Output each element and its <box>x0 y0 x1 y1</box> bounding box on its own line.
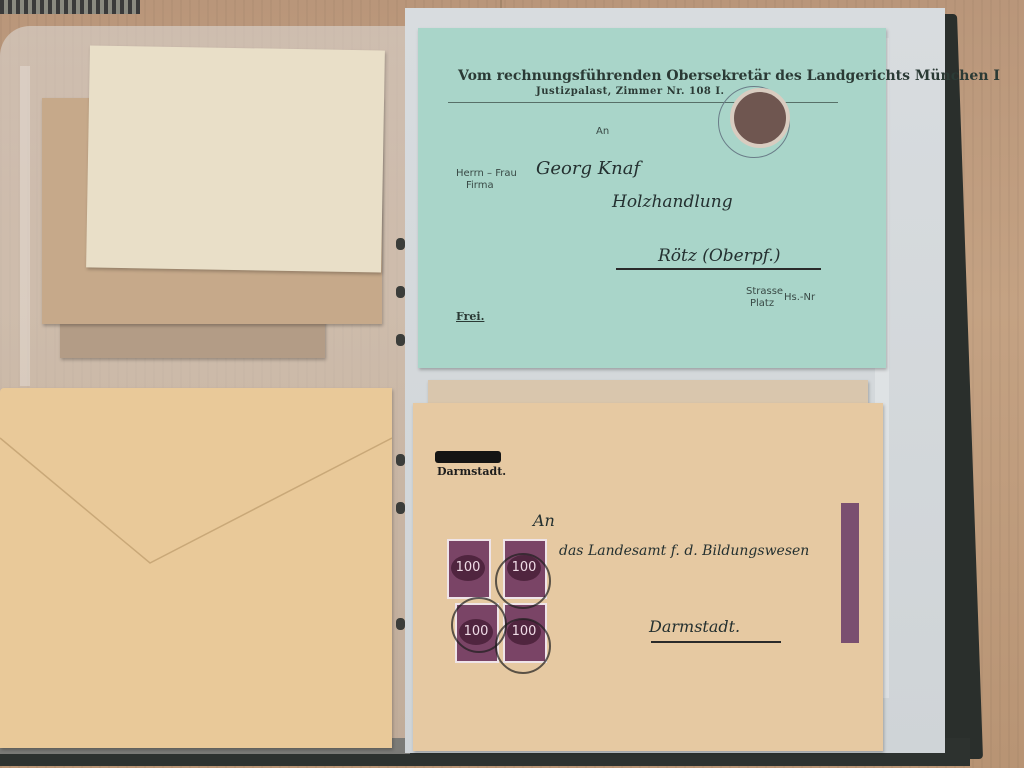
platz-label: Platz <box>750 298 774 309</box>
recipient-line2: Holzhandlung <box>612 192 733 212</box>
censor-bar <box>435 451 501 463</box>
city-underline <box>616 268 821 270</box>
recipient-name: Georg Knaf <box>536 158 640 179</box>
stamp-album: Vom rechnungsführenden Obersekretär des … <box>0 8 975 760</box>
city-underline <box>651 641 781 643</box>
an-label: An <box>533 511 555 530</box>
envelope-header: Vom rechnungsführenden Obersekretär des … <box>458 68 1000 84</box>
ring-hole <box>396 454 405 466</box>
album-spine-rings <box>396 238 408 678</box>
stamp-partial <box>841 503 859 643</box>
ring-hole <box>396 502 405 514</box>
recipient-city: Darmstadt. <box>649 617 740 636</box>
an-label: An <box>596 126 609 137</box>
recipient-city: Rötz (Oberpf.) <box>658 246 780 266</box>
stamp-value: 100 <box>451 555 485 581</box>
postmark <box>451 597 507 653</box>
envelope-yellow-back <box>0 388 392 748</box>
ring-hole <box>396 286 405 298</box>
stamp-100-mark: 100 <box>447 539 491 599</box>
frei-label: Frei. <box>456 310 484 323</box>
envelope-subheader: Justizpalast, Zimmer Nr. 108 I. <box>536 86 725 97</box>
plastic-glare <box>20 66 30 386</box>
envelope-cream <box>86 45 385 272</box>
ring-hole <box>396 334 405 346</box>
hsnr-label: Hs.-Nr <box>784 292 815 303</box>
recipient-line1: das Landesamt f. d. Bildungswesen <box>559 543 809 559</box>
salutation-label: Herrn – Frau <box>456 168 517 179</box>
envelope-flap <box>0 388 392 588</box>
stamp-oval <box>730 88 790 148</box>
postmark <box>495 553 551 609</box>
envelope-brown-darmstadt: Darmstadt. An das Landesamt f. d. Bildun… <box>413 403 883 751</box>
sender-city: Darmstadt. <box>437 465 506 478</box>
envelope-green-court: Vom rechnungsführenden Obersekretär des … <box>418 28 886 368</box>
ring-hole <box>396 238 405 250</box>
firma-label: Firma <box>466 180 494 191</box>
ring-hole <box>396 618 405 630</box>
strasse-label: Strasse <box>746 286 783 297</box>
